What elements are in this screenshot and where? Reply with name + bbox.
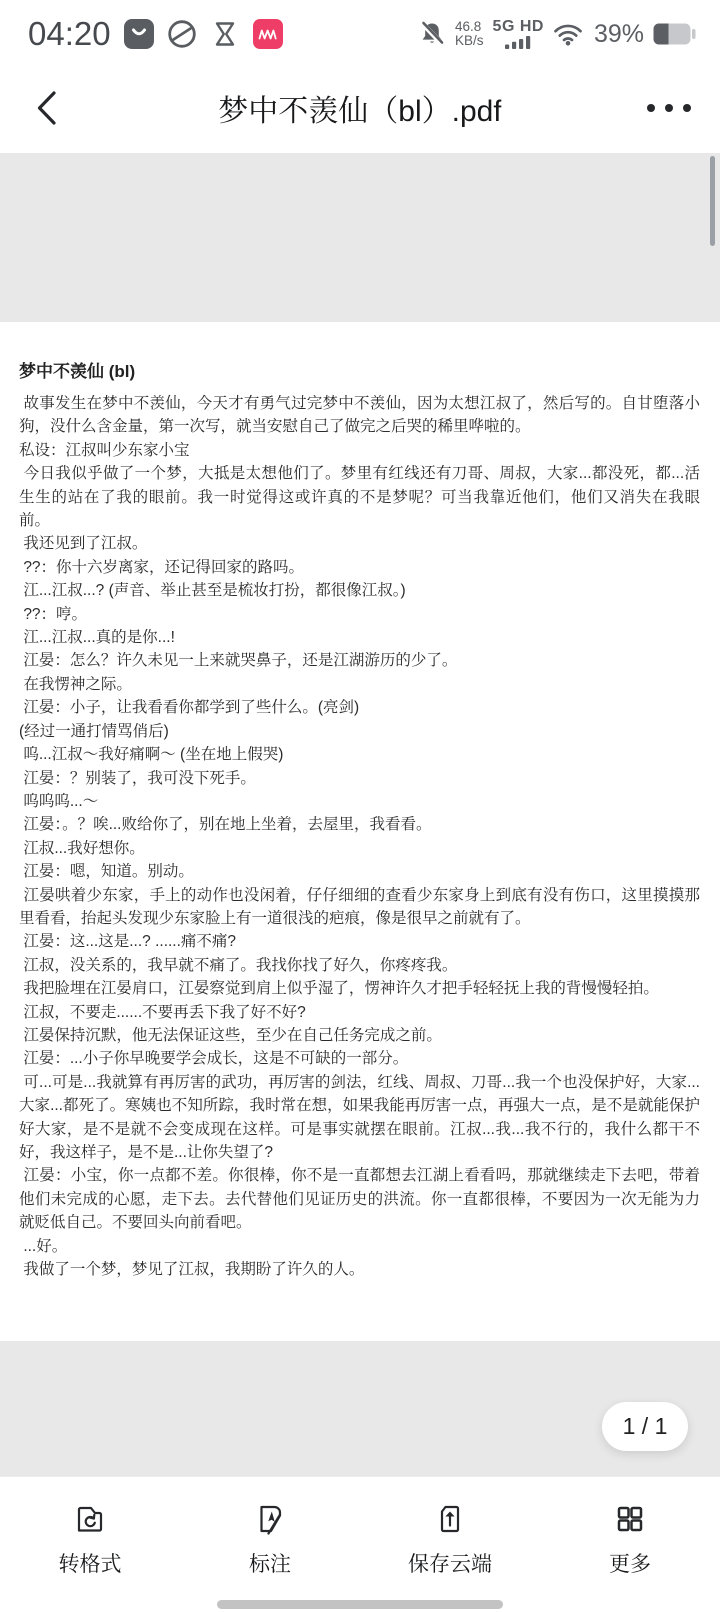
toolbar-more-button[interactable]: 更多	[540, 1477, 720, 1612]
toolbar-annotate-label: 标注	[249, 1548, 291, 1578]
document-header: 梦中不羡仙（bl）.pdf	[0, 62, 720, 153]
document-title: 梦中不羡仙（bl）.pdf	[218, 86, 501, 130]
page-indicator: 1 / 1	[602, 1402, 688, 1451]
doc-paragraph: 江晏：这...这是...? ......痛不痛?	[19, 930, 700, 953]
pdf-viewer-screen: 04:20 46.8 KB/s 5G HD	[0, 0, 720, 1612]
status-bar: 04:20 46.8 KB/s 5G HD	[0, 0, 720, 62]
doc-paragraph: 我还见到了江叔。	[19, 532, 700, 555]
doc-paragraph: 江晏：小宝，你一点都不差。你很棒，你不是一直都想去江湖上看看吗，那就继续走下去吧…	[19, 1164, 700, 1234]
doc-paragraph: 江...江叔...? (声音、举止甚至是梳妆打扮，都很像江叔。)	[19, 579, 700, 602]
toolbar-convert-button[interactable]: 转格式	[0, 1477, 180, 1612]
battery-percent-label: 39%	[594, 20, 644, 49]
toolbar-cloud-save-label: 保存云端	[408, 1548, 492, 1578]
status-bar-right: 46.8 KB/s 5G HD 39%	[418, 19, 696, 49]
toolbar-cloud-save-button[interactable]: 保存云端	[360, 1477, 540, 1612]
hourglass-icon	[210, 19, 240, 49]
doc-paragraph: 江晏：小子，让我看看你都学到了些什么。(亮剑)	[19, 696, 700, 719]
toolbar-convert-label: 转格式	[59, 1548, 122, 1578]
more-grid-icon	[610, 1499, 650, 1539]
toolbar-annotate-button[interactable]: 标注	[180, 1477, 360, 1612]
doc-paragraph: 江晏保持沉默，他无法保证这些，至少在自己任务完成之前。	[19, 1024, 700, 1047]
save-to-cloud-icon	[430, 1499, 470, 1539]
back-chevron-icon	[33, 89, 59, 127]
network-speed-value: 46.8	[455, 20, 481, 35]
doc-paragraph: 江叔，不要走......不要再丢下我了好不好?	[19, 1001, 700, 1024]
bottom-toolbar: 转格式 标注 保存云端 更多	[0, 1476, 720, 1612]
doc-paragraph: 江晏：。？唉...败给你了，别在地上坐着，去屋里，我看看。	[19, 813, 700, 836]
doc-paragraph: 江晏：嗯，知道。别动。	[19, 860, 700, 883]
pink-w-app-icon	[253, 19, 283, 49]
page-indicator-label: 1 / 1	[623, 1413, 668, 1440]
doc-paragraph: 我做了一个梦，梦见了江叔，我期盼了许久的人。	[19, 1258, 700, 1281]
ball-app-icon	[167, 19, 197, 49]
clock: 04:20	[28, 15, 111, 53]
doc-paragraph: 江晏：怎么？许久未见一上来就哭鼻子，还是江湖游历的少了。	[19, 649, 700, 672]
toolbar-more-label: 更多	[609, 1548, 651, 1578]
doc-paragraph: 呜呜呜...～	[19, 790, 700, 813]
network-speed: 46.8 KB/s	[455, 20, 484, 49]
network-type-label: 5G HD	[493, 19, 544, 34]
more-menu-button[interactable]	[644, 92, 694, 124]
doc-paragraph: 江叔，没关系的，我早就不痛了。我找你找了好久，你疼疼我。	[19, 954, 700, 977]
doc-paragraph: 呜...江叔～我好痛啊～ (坐在地上假哭)	[19, 743, 700, 766]
status-bar-left: 04:20	[28, 15, 283, 53]
doc-paragraph: ??：哼。	[19, 603, 700, 626]
annotate-icon	[250, 1499, 290, 1539]
doc-paragraph: 江晏哄着少东家，手上的动作也没闲着，仔仔细细的查看少东家身上到底有没有伤口，这里…	[19, 884, 700, 931]
doc-paragraph: 江叔...我好想你。	[19, 837, 700, 860]
signal-bars-icon	[505, 35, 531, 49]
scrollbar-thumb[interactable]	[710, 156, 715, 246]
doc-paragraph: 私设：江叔叫少东家小宝	[19, 439, 700, 462]
doc-paragraph: 我把脸埋在江晏肩口，江晏察觉到肩上似乎湿了，愣神许久才把手轻轻抚上我的背慢慢轻拍…	[19, 977, 700, 1000]
convert-format-icon	[70, 1499, 110, 1539]
bell-muted-icon	[418, 20, 446, 48]
pdf-page: 梦中不羡仙 (bl) 故事发生在梦中不羡仙，今天才有勇气过完梦中不羡仙，因为太想…	[0, 322, 720, 1341]
doc-paragraph: 江晏：...小子你早晚要学会成长，这是不可缺的一部分。	[19, 1047, 700, 1070]
home-indicator[interactable]	[217, 1600, 503, 1609]
doc-paragraph: 可...可是...我就算有再厉害的武功，再厉害的剑法，红线、周叔、刀哥...我一…	[19, 1071, 700, 1165]
pdf-viewer[interactable]: 梦中不羡仙 (bl) 故事发生在梦中不羡仙，今天才有勇气过完梦中不羡仙，因为太想…	[0, 153, 720, 1476]
smile-app-icon	[124, 19, 154, 49]
doc-paragraph: 故事发生在梦中不羡仙，今天才有勇气过完梦中不羡仙，因为太想江叔了，然后写的。自甘…	[19, 392, 700, 439]
doc-paragraph: 今日我似乎做了一个梦，大抵是太想他们了。梦里有红线还有刀哥、周叔，大家...都没…	[19, 462, 700, 532]
wifi-icon	[553, 23, 583, 46]
doc-body: 故事发生在梦中不羡仙，今天才有勇气过完梦中不羡仙，因为太想江叔了，然后写的。自甘…	[19, 392, 700, 1281]
doc-paragraph: ??：你十六岁离家，还记得回家的路吗。	[19, 556, 700, 579]
doc-paragraph: 在我愣神之际。	[19, 673, 700, 696]
doc-heading: 梦中不羡仙 (bl)	[19, 357, 700, 382]
back-button[interactable]	[24, 84, 68, 132]
doc-paragraph: (经过一通打情骂俏后)	[19, 720, 700, 743]
network-speed-unit: KB/s	[455, 34, 484, 49]
battery-icon	[653, 23, 696, 45]
ellipsis-menu-icon	[646, 103, 692, 113]
doc-paragraph: 江晏：？别装了，我可没下死手。	[19, 767, 700, 790]
doc-paragraph: ...好。	[19, 1235, 700, 1258]
cellular-status: 5G HD	[493, 19, 544, 49]
doc-paragraph: 江...江叔...真的是你...!	[19, 626, 700, 649]
